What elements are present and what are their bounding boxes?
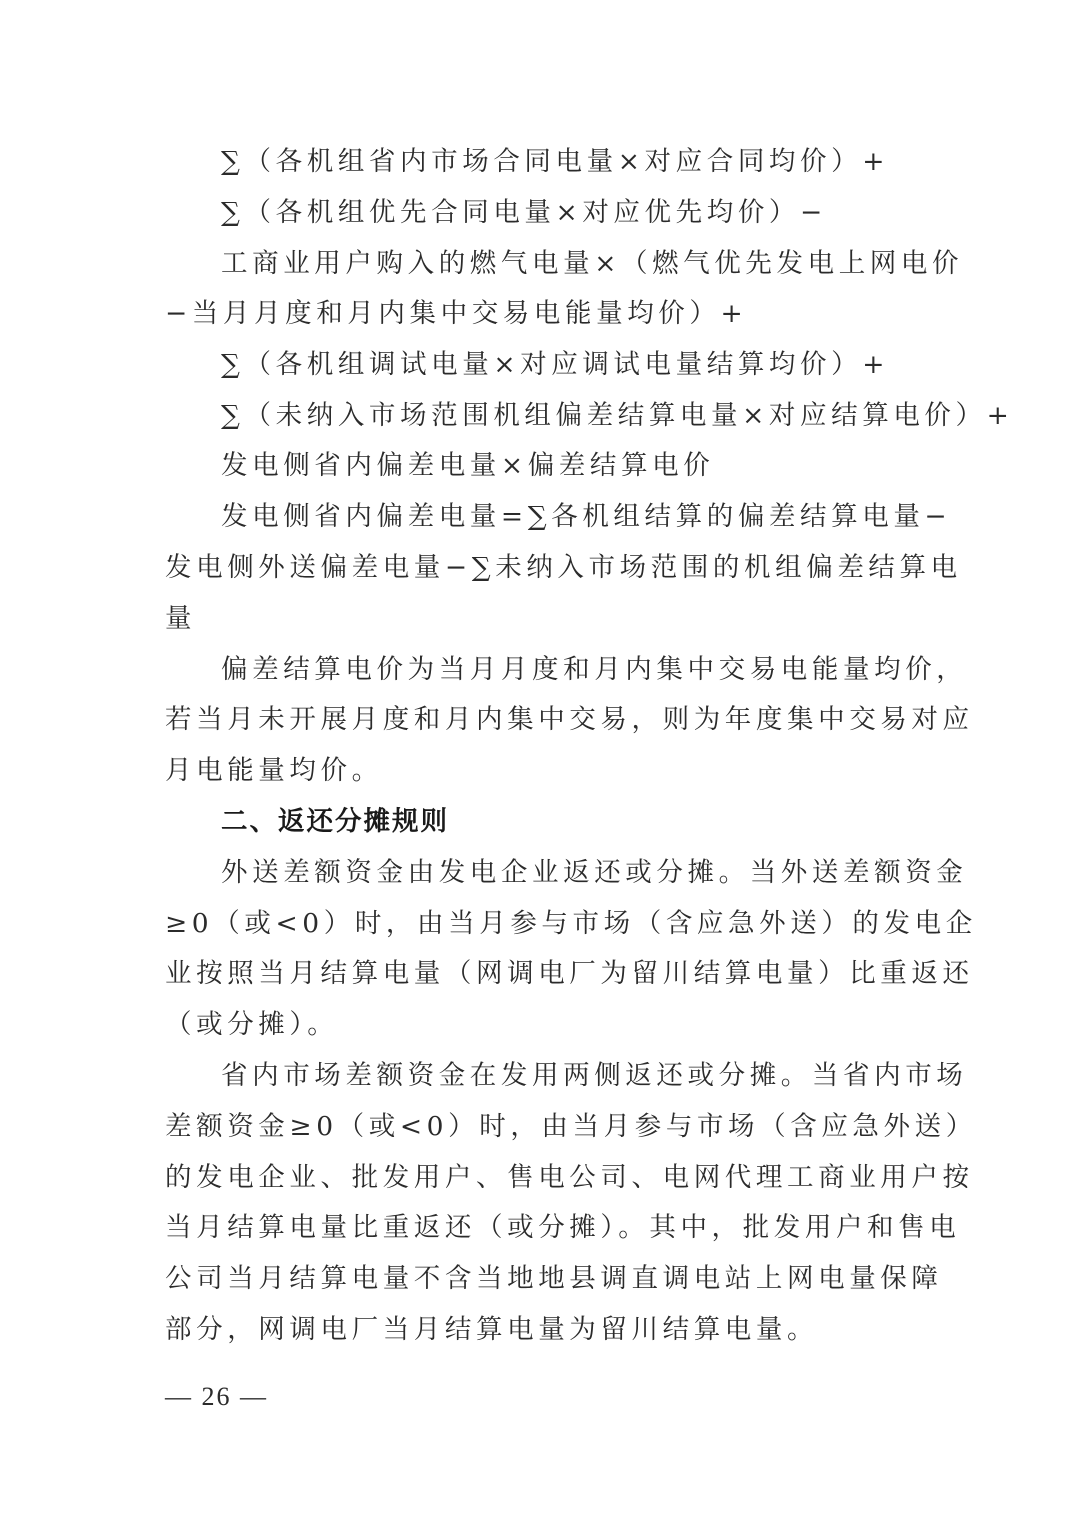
formula-line-1: ∑（各机组省内市场合同电量×对应合同均价）+ [221, 136, 981, 187]
formula-line-6: ∑（未纳入市场范围机组偏差结算电量×对应结算电价）+ [221, 390, 981, 441]
formula-line-4: −当月月度和月内集中交易电能量均价）+ [165, 288, 925, 339]
provincial-fund-line-4: 当月结算电量比重返还（或分摊）。其中，批发用户和售电 [165, 1202, 925, 1253]
formula-line-7: 发电侧省内偏差电量×偏差结算电价 [221, 440, 981, 491]
external-fund-line-1: 外送差额资金由发电企业返还或分摊。当外送差额资金 [221, 847, 981, 898]
deviation-price-line-2: 若当月未开展月度和月内集中交易，则为年度集中交易对应 [165, 694, 925, 745]
formula-line-5: ∑（各机组调试电量×对应调试电量结算均价）+ [221, 339, 981, 390]
deviation-definition-line-2: 发电侧外送偏差电量−∑未纳入市场范围的机组偏差结算电 [165, 542, 925, 593]
section-heading: 二、返还分摊规则 [221, 796, 981, 847]
provincial-fund-line-6: 部分，网调电厂当月结算电量为留川结算电量。 [165, 1304, 925, 1355]
provincial-fund-line-1: 省内市场差额资金在发用两侧返还或分摊。当省内市场 [221, 1050, 981, 1101]
formula-line-3: 工商业用户购入的燃气电量×（燃气优先发电上网电价 [221, 238, 981, 289]
external-fund-line-3: 业按照当月结算电量（网调电厂为留川结算电量）比重返还 [165, 948, 925, 999]
deviation-price-line-1: 偏差结算电价为当月月度和月内集中交易电能量均价， [221, 644, 981, 695]
provincial-fund-line-2: 差额资金≥0（或<0）时，由当月参与市场（含应急外送） [165, 1101, 925, 1152]
document-page: ∑（各机组省内市场合同电量×对应合同均价）+ ∑（各机组优先合同电量×对应优先均… [0, 0, 1080, 1527]
provincial-fund-line-3: 的发电企业、批发用户、售电公司、电网代理工商业用户按 [165, 1152, 925, 1203]
external-fund-line-2: ≥0（或<0）时，由当月参与市场（含应急外送）的发电企 [165, 898, 925, 949]
deviation-definition-line-3: 量 [165, 593, 925, 644]
page-number: — 26 — [165, 1375, 268, 1419]
deviation-definition-line-1: 发电侧省内偏差电量=∑各机组结算的偏差结算电量− [221, 491, 981, 542]
external-fund-line-4: （或分摊）。 [165, 999, 925, 1050]
formula-line-2: ∑（各机组优先合同电量×对应优先均价）− [221, 187, 981, 238]
deviation-price-line-3: 月电能量均价。 [165, 745, 925, 796]
provincial-fund-line-5: 公司当月结算电量不含当地地县调直调电站上网电量保障 [165, 1253, 925, 1304]
